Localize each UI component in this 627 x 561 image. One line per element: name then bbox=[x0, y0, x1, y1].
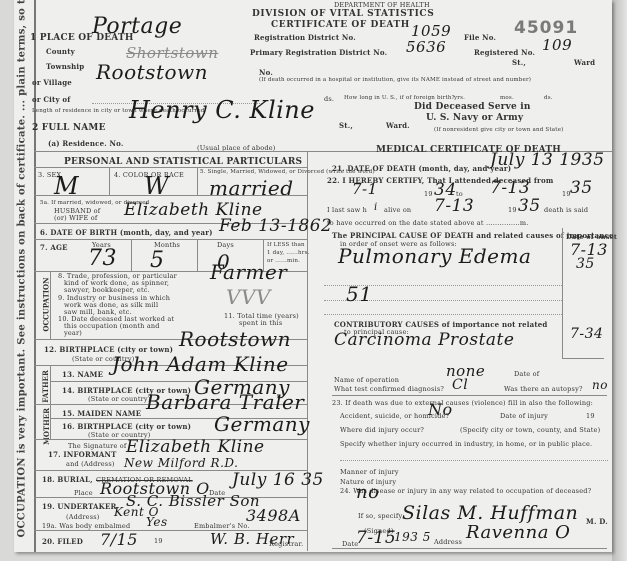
informant-label-3: and (Address) bbox=[66, 460, 115, 468]
filed-year-prefix: 19 bbox=[154, 537, 163, 545]
county-value: Portage bbox=[92, 14, 182, 39]
where-injury-note: (Specify city or town, county, and State… bbox=[460, 426, 600, 434]
embalmer-no-value: 3498A bbox=[246, 506, 301, 525]
no-label: No. bbox=[259, 68, 273, 77]
last-saw-pronoun: i bbox=[374, 202, 378, 213]
page-edge bbox=[612, 0, 627, 561]
total-time-label-2: spent in this bbox=[239, 319, 282, 327]
dob-label: 6. DATE OF BIRTH (month, day, and year) bbox=[40, 228, 213, 237]
burial-label: 18. BURIAL, bbox=[42, 475, 93, 484]
principal-cause-value: Pulmonary Edema bbox=[338, 244, 531, 268]
informant-value: Elizabeth Kline bbox=[126, 437, 265, 457]
industry-mark: VVV bbox=[226, 285, 271, 309]
undertaker-label: 19. UNDERTAKER bbox=[42, 502, 117, 511]
injury-date-label: Date of injury bbox=[500, 412, 548, 420]
age-label: 7. AGE bbox=[40, 243, 68, 252]
marital-value: married bbox=[209, 176, 294, 200]
less-label-2: 1 day, ......hrs. bbox=[267, 250, 310, 256]
maiden-name-label: 15. MAIDEN NAME bbox=[62, 409, 141, 418]
mos-label: mos. bbox=[500, 95, 514, 101]
date-of-death-label: 21. DATE OF DEATH (month, day, and year) bbox=[332, 164, 511, 173]
residence-st-label: St., bbox=[339, 121, 353, 130]
ds-label-2: ds. bbox=[544, 95, 553, 101]
trade-label-3: sawyer, bookkeeper, etc. bbox=[64, 286, 150, 294]
full-name-value: Henry C. Kline bbox=[129, 96, 315, 124]
city-label: or City of bbox=[32, 95, 70, 104]
hospital-note: (If death occurred in a hospital or inst… bbox=[259, 77, 531, 83]
file-no-value: 45091 bbox=[514, 18, 578, 38]
sign-year-value: 193 5 bbox=[394, 530, 431, 544]
mother-birthplace-label: 16. BIRTHPLACE (city or town) bbox=[62, 422, 191, 431]
mother-birthplace-value: Germany bbox=[214, 412, 310, 436]
operation-date-label: Date of bbox=[514, 370, 539, 378]
specify-injury-label: Specify whether injury occurred in indus… bbox=[340, 440, 592, 448]
ds-label: ds. bbox=[324, 95, 334, 103]
registrar-label: Registrar. bbox=[269, 540, 303, 548]
embalmer-label: Embalmer's No. bbox=[194, 522, 250, 530]
last-saw-year: 35 bbox=[518, 196, 541, 216]
registered-no-label: Registered No. bbox=[474, 48, 535, 57]
navy-label-1: Did Deceased Serve in bbox=[414, 102, 531, 112]
registration-district-label: Registration District No. bbox=[254, 33, 356, 42]
informant-address: New Milford R.D. bbox=[124, 456, 238, 470]
contributory-cause-value: Carcinoma Prostate bbox=[334, 330, 514, 350]
last-worked-label-3: year) bbox=[64, 329, 82, 337]
informant-label-2: 17. INFORMANT bbox=[48, 450, 117, 459]
occupation-side-label: OCCUPATION bbox=[42, 277, 51, 331]
burial-date-value: July 16 35 bbox=[232, 470, 324, 490]
address-label: Address bbox=[434, 538, 462, 546]
age-months-value: 5 bbox=[150, 248, 165, 273]
father-name-label: 13. NAME bbox=[62, 370, 103, 379]
township-label: Township bbox=[46, 62, 84, 71]
md-label: M. D. bbox=[586, 517, 608, 526]
father-birthplace-sub: (State or country) bbox=[88, 395, 151, 403]
operation-label: Name of operation bbox=[334, 376, 399, 384]
primary-district-value: 5636 bbox=[406, 38, 446, 56]
where-injury-label: Where did injury occur? bbox=[340, 426, 424, 434]
manner-of-injury-label: Manner of injury bbox=[340, 468, 399, 476]
nonresident-note: (If nonresident give city or town and St… bbox=[434, 127, 564, 133]
ward-label: Ward bbox=[574, 58, 595, 67]
last-saw-value: 7-13 bbox=[434, 196, 474, 216]
residence-label: (a) Residence. No. bbox=[48, 139, 123, 148]
age-days-label: Days bbox=[217, 241, 234, 249]
filed-label: 20. FILED bbox=[42, 537, 83, 546]
informant-label-1: The Signature of bbox=[68, 442, 127, 450]
county-label: County bbox=[46, 47, 75, 56]
last-saw-label: I last saw h bbox=[327, 206, 367, 214]
date-of-death-value: July 13 1935 bbox=[490, 150, 605, 170]
spouse-label-3: (or) WIFE of bbox=[54, 214, 97, 222]
autopsy-value: no bbox=[592, 378, 608, 392]
dob-value: Feb 13-1862 bbox=[219, 216, 332, 236]
physician-address: Ravenna O bbox=[466, 522, 570, 543]
village-label: or Village bbox=[32, 78, 72, 87]
occurred-label: to have occurred on the date stated abov… bbox=[327, 219, 529, 227]
birthplace-value: Rootstown bbox=[179, 327, 291, 351]
sign-date-value: 7-15 bbox=[356, 528, 396, 548]
father-side-label: FATHER bbox=[41, 370, 50, 403]
year-prefix-1: 19 bbox=[424, 190, 433, 198]
foreign-birth-label: How long in U. S., if of foreign birth? bbox=[344, 95, 455, 101]
related-value: no bbox=[356, 482, 379, 503]
maiden-name-value: Barbara Traler bbox=[146, 390, 304, 414]
trade-value: Farmer bbox=[210, 260, 287, 284]
autopsy-label: Was there an autopsy? bbox=[504, 385, 583, 393]
file-no-label: File No. bbox=[464, 33, 496, 42]
department-label: DEPARTMENT OF HEALTH bbox=[334, 1, 430, 9]
filed-value: 7/15 bbox=[100, 530, 138, 549]
undertaker-address-label: (Address) bbox=[66, 513, 100, 521]
death-certificate: OCCUPATION is very important. See instru… bbox=[14, 0, 612, 552]
if-so-label: If so, specify bbox=[358, 512, 402, 520]
death-is-said: death is said bbox=[544, 206, 588, 214]
margin-note: OCCUPATION is very important. See instru… bbox=[17, 0, 28, 538]
full-name-label: 2 FULL NAME bbox=[32, 123, 106, 133]
father-name-value: John Adam Kline bbox=[112, 352, 289, 376]
st-label: St., bbox=[512, 58, 526, 67]
residence-ward-label: Ward. bbox=[386, 121, 410, 130]
contributory-onset-value: 7-34 bbox=[570, 326, 603, 342]
age-years-value: 73 bbox=[88, 246, 117, 271]
attended-to-value: 7-13 bbox=[490, 178, 530, 198]
village-value: Rootstown bbox=[96, 60, 208, 84]
embalmed-label: 19a. Was body embalmed bbox=[42, 522, 130, 530]
physician-signature: Silas M. Huffman bbox=[402, 502, 578, 524]
attended-from-value: 7-1 bbox=[352, 180, 378, 198]
year-prefix-3: 19 bbox=[508, 206, 517, 214]
division-title: DIVISION OF VITAL STATISTICS bbox=[252, 9, 434, 19]
primary-district-label: Primary Registration District No. bbox=[250, 48, 387, 57]
navy-label-2: U. S. Navy or Army bbox=[426, 113, 523, 123]
onset-1-year: 35 bbox=[576, 256, 595, 272]
external-causes-label: 23. If death was due to external causes … bbox=[332, 399, 593, 407]
embalmed-value: Yes bbox=[146, 515, 168, 529]
certificate-title: CERTIFICATE OF DEATH bbox=[271, 20, 410, 30]
yrs-label: yrs. bbox=[454, 95, 465, 101]
attended-to-year: 35 bbox=[570, 178, 593, 198]
test-label: What test confirmed diagnosis? bbox=[334, 385, 444, 393]
last-saw-suffix: alive on bbox=[384, 206, 411, 214]
personal-section-title: PERSONAL AND STATISTICAL PARTICULARS bbox=[64, 157, 302, 167]
registered-no-value: 109 bbox=[542, 36, 572, 54]
burial-place-label: Place bbox=[74, 489, 93, 497]
less-label-1: If LESS than bbox=[267, 242, 305, 248]
mark-51: 51 bbox=[346, 282, 372, 306]
injury-year-prefix: 19 bbox=[586, 412, 595, 420]
accident-value: No bbox=[428, 400, 453, 419]
test-value: Cl bbox=[452, 377, 468, 393]
